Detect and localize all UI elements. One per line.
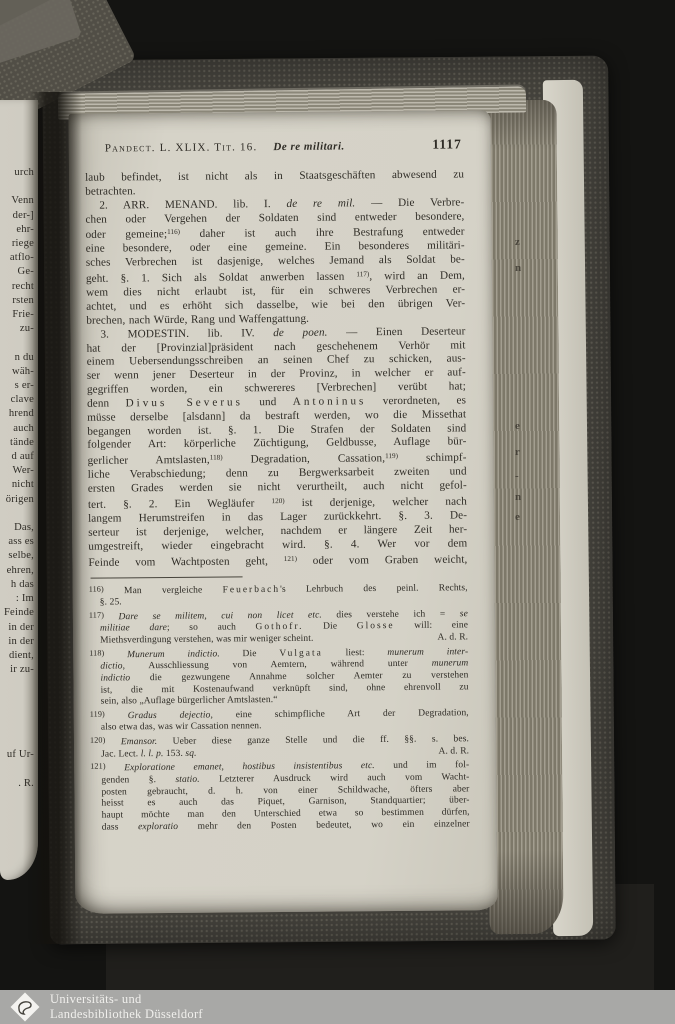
library-logo-icon bbox=[10, 992, 40, 1022]
left-page-fragment bbox=[0, 720, 34, 734]
left-page-fragment bbox=[0, 706, 34, 720]
bleed-letter: r bbox=[515, 446, 520, 458]
bleed-letter: n bbox=[515, 491, 521, 503]
left-page-edge: urch Vennder-]ehr-riegeatflo-Ge-rechtrst… bbox=[0, 100, 38, 880]
left-page-fragment: Feinde bbox=[0, 606, 34, 620]
left-page-fragment bbox=[0, 763, 34, 777]
left-page-fragment: in der bbox=[0, 635, 34, 649]
body-text: laub befindet, ist nicht als in Staatsge… bbox=[85, 168, 467, 570]
left-page-fragment: atflo- bbox=[0, 251, 34, 265]
header-title: De re militari. bbox=[273, 140, 344, 153]
left-page-fragment: Das, bbox=[0, 521, 34, 535]
left-page-fragment: ass es bbox=[0, 535, 34, 549]
header-section: Pandect. L. XLIX. Tit. 16. bbox=[105, 141, 258, 154]
left-page-fragment: ehr- bbox=[0, 223, 34, 237]
bleed-letter: - bbox=[515, 470, 519, 482]
text-line: Feinde vom Wachtposten geht, 121) oder v… bbox=[88, 551, 467, 570]
left-page-fragment: . R. bbox=[0, 777, 34, 791]
library-name-line2: Landesbibliothek Düsseldorf bbox=[50, 1007, 203, 1022]
library-name-line1: Universitäts- und bbox=[50, 992, 203, 1007]
left-page-fragment: wäh- bbox=[0, 365, 34, 379]
left-page-fragment: ehren, bbox=[0, 564, 34, 578]
left-page-fragment bbox=[0, 507, 34, 521]
left-page-fragment: selbe, bbox=[0, 549, 34, 563]
left-page-fragment: clave bbox=[0, 393, 34, 407]
left-page-fragment bbox=[0, 734, 34, 748]
footnote-line: dass exploratio mehr den Posten bedeutet… bbox=[91, 819, 470, 834]
bleed-letter: n bbox=[515, 262, 521, 274]
left-page-fragment: h das bbox=[0, 578, 34, 592]
bleed-letter: z bbox=[515, 236, 520, 248]
left-page-fragment bbox=[0, 677, 34, 691]
left-page-fragment: uf Ur- bbox=[0, 748, 34, 762]
left-page-fragment bbox=[0, 336, 34, 350]
left-page-fragment: dient, bbox=[0, 649, 34, 663]
scan-background: Pandect. L. XLIX. Tit. 16. De re militar… bbox=[0, 0, 675, 1024]
left-page-fragment: der-] bbox=[0, 209, 34, 223]
library-banner: Universitäts- und Landesbibliothek Düsse… bbox=[0, 990, 675, 1024]
left-page-fragment: in der bbox=[0, 621, 34, 635]
left-page-fragment: auch bbox=[0, 422, 34, 436]
bleed-letter: e bbox=[515, 420, 520, 432]
left-page-fragment: zu- bbox=[0, 322, 34, 336]
left-page-fragment: rsten bbox=[0, 294, 34, 308]
left-page-fragment bbox=[0, 692, 34, 706]
footnotes: 116) Man vergleiche Feuerbach's Lehrbuch… bbox=[89, 580, 470, 834]
left-page-fragment: riege bbox=[0, 237, 34, 251]
footnote-separator bbox=[91, 576, 243, 578]
left-page-fragment bbox=[0, 180, 34, 194]
left-page-fragment: s er- bbox=[0, 379, 34, 393]
book-page: Pandect. L. XLIX. Tit. 16. De re militar… bbox=[69, 110, 498, 914]
left-page-text-fragments: urch Vennder-]ehr-riegeatflo-Ge-rechtrst… bbox=[0, 100, 38, 791]
left-page-fragment: recht bbox=[0, 280, 34, 294]
left-page-fragment: Ge- bbox=[0, 265, 34, 279]
left-page-fragment: urch bbox=[0, 166, 34, 180]
page-number: 1117 bbox=[432, 136, 462, 152]
bleed-letter: e bbox=[515, 511, 520, 523]
left-page-fragment: : Im bbox=[0, 592, 34, 606]
left-page-fragment: nicht bbox=[0, 478, 34, 492]
left-page-fragment: tände bbox=[0, 436, 34, 450]
left-page-fragment: ir zu- bbox=[0, 663, 34, 677]
left-page-fragment: hrend bbox=[0, 407, 34, 421]
left-page-fragment: n du bbox=[0, 351, 34, 365]
library-name: Universitäts- und Landesbibliothek Düsse… bbox=[50, 992, 203, 1022]
left-page-fragment: Wer- bbox=[0, 464, 34, 478]
left-page-fragment: örigen bbox=[0, 493, 34, 507]
left-page-fragment: Venn bbox=[0, 194, 34, 208]
page-header: Pandect. L. XLIX. Tit. 16. De re militar… bbox=[105, 136, 462, 155]
left-page-fragment: d auf bbox=[0, 450, 34, 464]
left-page-fragment: Frie- bbox=[0, 308, 34, 322]
